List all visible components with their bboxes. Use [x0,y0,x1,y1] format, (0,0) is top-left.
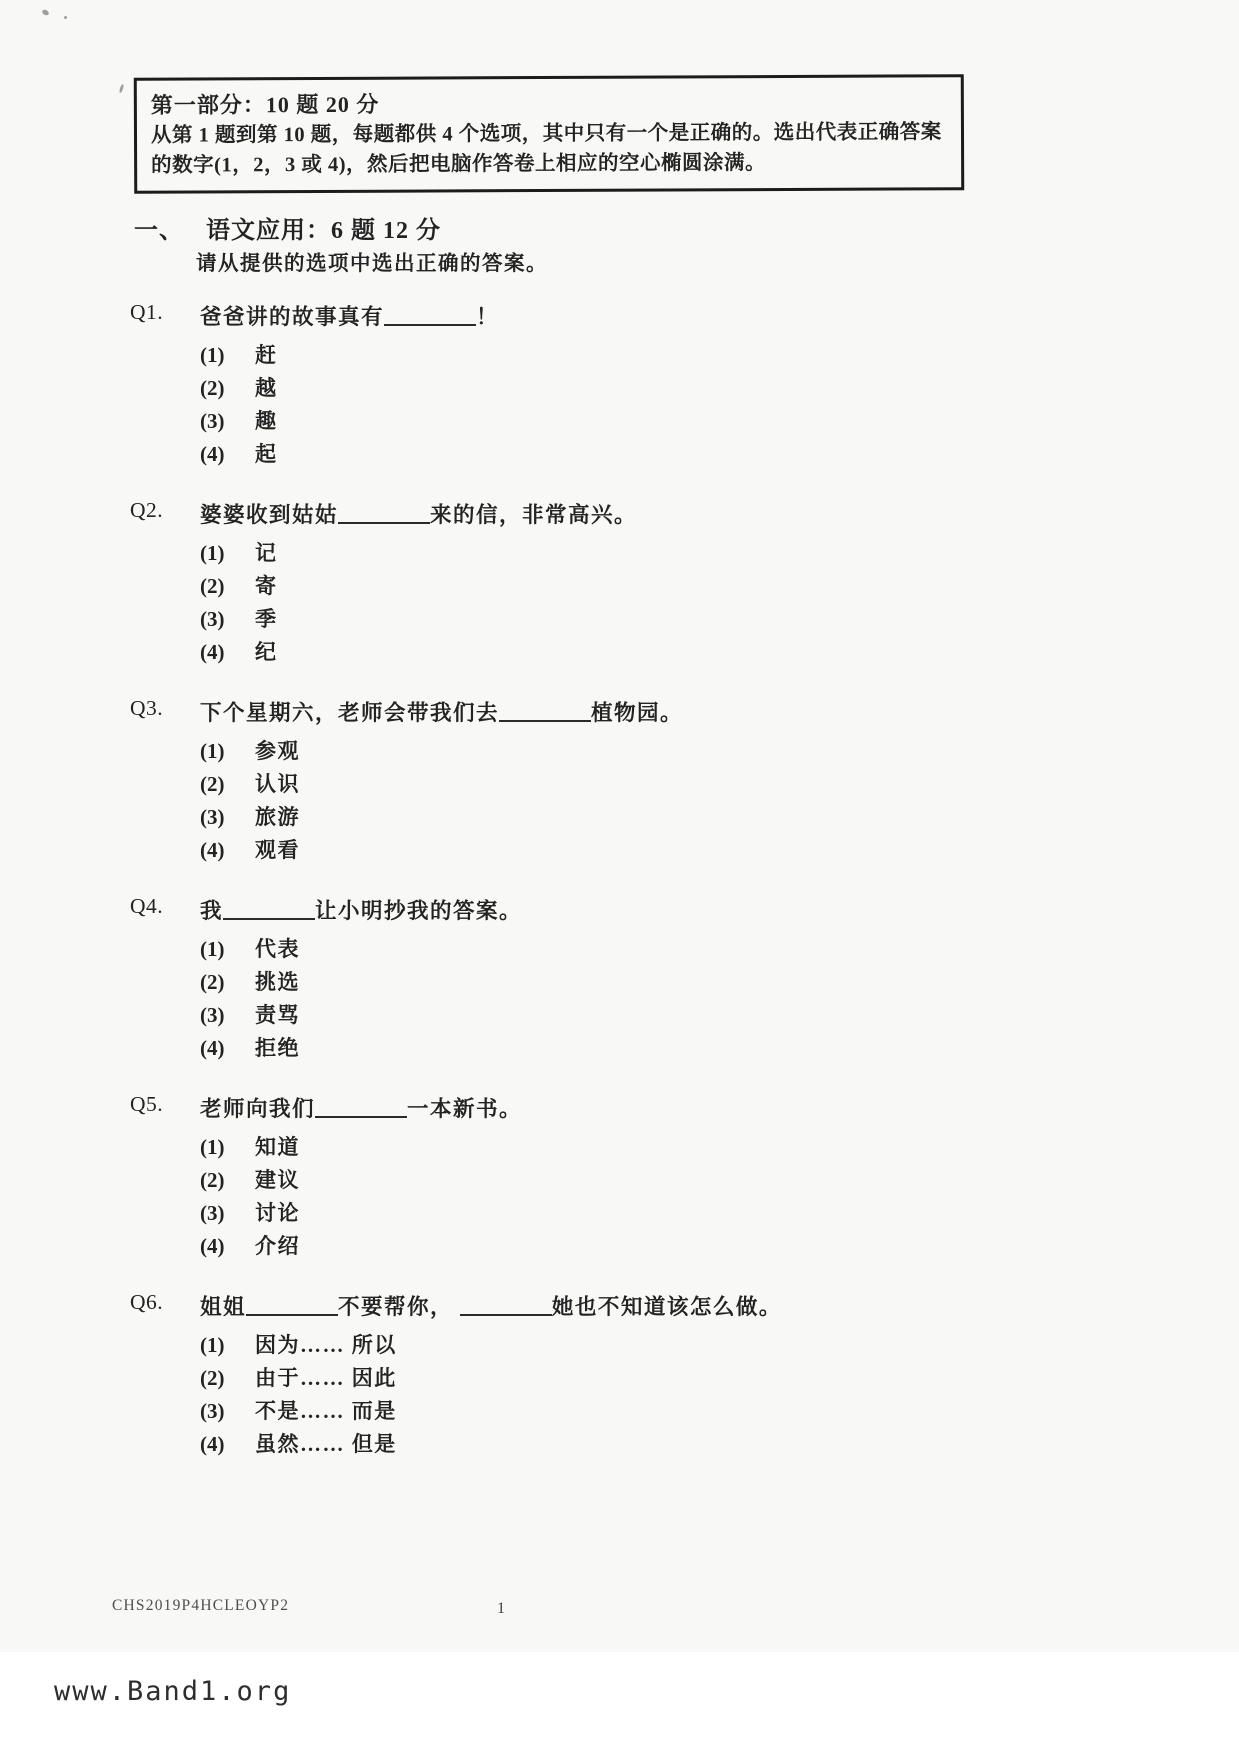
stem-text: 下个星期六，老师会带我们去 [200,701,499,725]
option-number: (3) [200,1201,255,1226]
exam-paper-page: 第一部分：10 题 20 分 从第 1 题到第 10 题，每题都供 4 个选项，… [0,0,1239,1754]
scan-noise [119,84,125,93]
footer-paper-code: CHS2019P4HCLEOYP2 [112,1597,289,1615]
answer-blank [338,507,430,524]
part-instructions: 从第 1 题到第 10 题，每题都供 4 个选项，其中只有一个是正确的。选出代表… [151,118,947,181]
question-label: Q5. [130,1092,200,1117]
option-row: (1)知道 [200,1131,1130,1164]
scan-noise [64,16,67,19]
question-content: 姐姐不要帮你， 她也不知道该怎么做。(1)因为…… 所以(2)由于…… 因此(3… [200,1290,1130,1461]
option-text: 建议 [255,1164,300,1194]
question-label: Q4. [130,894,200,919]
option-number: (1) [200,739,255,764]
option-text: 讨论 [255,1197,300,1227]
question-5: Q5.老师向我们一本新书。(1)知道(2)建议(3)讨论(4)介绍 [130,1092,1130,1263]
option-text: 认识 [255,768,300,798]
option-row: (4)虽然…… 但是 [200,1428,1130,1461]
question-content: 老师向我们一本新书。(1)知道(2)建议(3)讨论(4)介绍 [200,1092,1130,1263]
option-text: 因为…… 所以 [255,1329,397,1359]
option-number: (4) [200,1234,255,1259]
option-text: 参观 [255,735,300,765]
option-text: 起 [255,438,278,468]
option-number: (3) [200,805,255,830]
option-text: 挑选 [255,966,300,996]
question-6: Q6.姐姐不要帮你， 她也不知道该怎么做。(1)因为…… 所以(2)由于…… 因… [130,1290,1130,1461]
stem-text: 植物园。 [591,701,683,725]
option-number: (4) [200,442,255,467]
question-content: 下个星期六，老师会带我们去植物园。(1)参观(2)认识(3)旅游(4)观看 [200,696,1130,867]
option-row: (4)纪 [200,636,1130,669]
option-row: (3)趣 [200,405,1130,438]
option-number: (3) [200,409,255,434]
option-number: (4) [200,640,255,665]
option-list: (1)记(2)寄(3)季(4)纪 [200,537,1130,669]
question-stem: 姐姐不要帮你， 她也不知道该怎么做。 [200,1290,1130,1321]
option-text: 责骂 [255,999,300,1029]
option-text: 拒绝 [255,1032,300,1062]
stem-text: 我 [200,899,223,923]
option-text: 赶 [255,339,278,369]
question-list: Q1.爸爸讲的故事真有！(1)赶(2)越(3)趣(4)起Q2.婆婆收到姑姑来的信… [130,300,1130,1488]
watermark-strip: www.Band1.org [0,1652,1239,1754]
answer-blank [246,1299,338,1316]
option-row: (2)越 [200,372,1130,405]
option-row: (4)起 [200,438,1130,471]
question-content: 我让小明抄我的答案。(1)代表(2)挑选(3)责骂(4)拒绝 [200,894,1130,1065]
option-list: (1)代表(2)挑选(3)责骂(4)拒绝 [200,933,1130,1065]
option-number: (1) [200,937,255,962]
option-number: (2) [200,376,255,401]
option-text: 趣 [255,405,278,435]
option-number: (2) [200,1366,255,1391]
stem-text: 姐姐 [200,1295,246,1319]
option-row: (4)观看 [200,834,1130,867]
option-list: (1)参观(2)认识(3)旅游(4)观看 [200,735,1130,867]
stem-text: 让小明抄我的答案。 [315,899,522,923]
stem-text: 一本新书。 [407,1097,522,1121]
question-label: Q6. [130,1290,200,1315]
option-number: (1) [200,541,255,566]
option-row: (2)建议 [200,1164,1130,1197]
option-row: (1)记 [200,537,1130,570]
answer-blank [315,1101,407,1118]
option-row: (1)代表 [200,933,1130,966]
stem-text: 老师向我们 [200,1097,315,1121]
option-text: 知道 [255,1131,300,1161]
option-text: 纪 [255,636,278,666]
option-row: (1)参观 [200,735,1130,768]
option-number: (1) [200,1135,255,1160]
option-number: (4) [200,1432,255,1457]
instructions-box: 第一部分：10 题 20 分 从第 1 题到第 10 题，每题都供 4 个选项，… [134,74,965,194]
option-row: (3)不是…… 而是 [200,1395,1130,1428]
option-row: (3)讨论 [200,1197,1130,1230]
option-text: 观看 [255,834,300,864]
option-list: (1)赶(2)越(3)趣(4)起 [200,339,1130,471]
answer-blank [223,903,315,920]
scan-noise [41,9,50,17]
option-number: (4) [200,1036,255,1061]
question-stem: 我让小明抄我的答案。 [200,894,1130,925]
option-text: 不是…… 而是 [255,1395,397,1425]
option-text: 越 [255,372,278,402]
option-row: (1)因为…… 所以 [200,1329,1130,1362]
option-number: (3) [200,607,255,632]
answer-blank [499,705,591,722]
option-number: (2) [200,970,255,995]
section-title: 语文应用：6 题 12 分 [206,218,441,244]
stem-text: 爸爸讲的故事真有 [200,305,384,329]
option-row: (3)旅游 [200,801,1130,834]
option-number: (2) [200,772,255,797]
option-number: (4) [200,838,255,863]
option-text: 寄 [255,570,278,600]
part-title: 第一部分：10 题 20 分 [151,85,947,119]
option-row: (3)季 [200,603,1130,636]
question-stem: 下个星期六，老师会带我们去植物园。 [200,696,1130,727]
question-label: Q3. [130,696,200,721]
page-number: 1 [497,1600,505,1618]
question-content: 婆婆收到姑姑来的信，非常高兴。(1)记(2)寄(3)季(4)纪 [200,498,1130,669]
option-row: (2)由于…… 因此 [200,1362,1130,1395]
stem-text: 她也不知道该怎么做。 [552,1295,782,1319]
option-number: (2) [200,1168,255,1193]
option-number: (2) [200,574,255,599]
option-text: 旅游 [255,801,300,831]
question-label: Q1. [130,300,200,325]
question-3: Q3.下个星期六，老师会带我们去植物园。(1)参观(2)认识(3)旅游(4)观看 [130,696,1130,867]
answer-blank [460,1299,552,1316]
question-stem: 老师向我们一本新书。 [200,1092,1130,1123]
stem-text: 不要帮你， [338,1295,460,1319]
option-text: 由于…… 因此 [255,1362,397,1392]
section-heading: 一、语文应用：6 题 12 分 [134,210,441,245]
option-list: (1)知道(2)建议(3)讨论(4)介绍 [200,1131,1130,1263]
option-row: (4)拒绝 [200,1032,1130,1065]
option-row: (4)介绍 [200,1230,1130,1263]
option-list: (1)因为…… 所以(2)由于…… 因此(3)不是…… 而是(4)虽然…… 但是 [200,1329,1130,1461]
option-number: (1) [200,1333,255,1358]
section-number: 一、 [134,218,184,244]
question-1: Q1.爸爸讲的故事真有！(1)赶(2)越(3)趣(4)起 [130,300,1130,471]
option-row: (2)挑选 [200,966,1130,999]
option-number: (3) [200,1399,255,1424]
question-4: Q4.我让小明抄我的答案。(1)代表(2)挑选(3)责骂(4)拒绝 [130,894,1130,1065]
section-instruction: 请从提供的选项中选出正确的答案。 [196,246,548,276]
option-text: 代表 [255,933,300,963]
option-text: 记 [255,537,278,567]
stem-text: 婆婆收到姑姑 [200,503,338,527]
question-label: Q2. [130,498,200,523]
stem-text: 来的信，非常高兴。 [430,503,637,527]
option-row: (1)赶 [200,339,1130,372]
option-number: (1) [200,343,255,368]
option-text: 虽然…… 但是 [255,1428,397,1458]
option-row: (2)认识 [200,768,1130,801]
question-2: Q2.婆婆收到姑姑来的信，非常高兴。(1)记(2)寄(3)季(4)纪 [130,498,1130,669]
watermark-text: www.Band1.org [54,1676,291,1707]
option-row: (3)责骂 [200,999,1130,1032]
question-stem: 婆婆收到姑姑来的信，非常高兴。 [200,498,1130,529]
option-number: (3) [200,1003,255,1028]
option-text: 季 [255,603,278,633]
option-text: 介绍 [255,1230,300,1260]
question-stem: 爸爸讲的故事真有！ [200,300,1130,331]
option-row: (2)寄 [200,570,1130,603]
stem-text: ！ [476,305,499,329]
question-content: 爸爸讲的故事真有！(1)赶(2)越(3)趣(4)起 [200,300,1130,471]
answer-blank [384,309,476,326]
